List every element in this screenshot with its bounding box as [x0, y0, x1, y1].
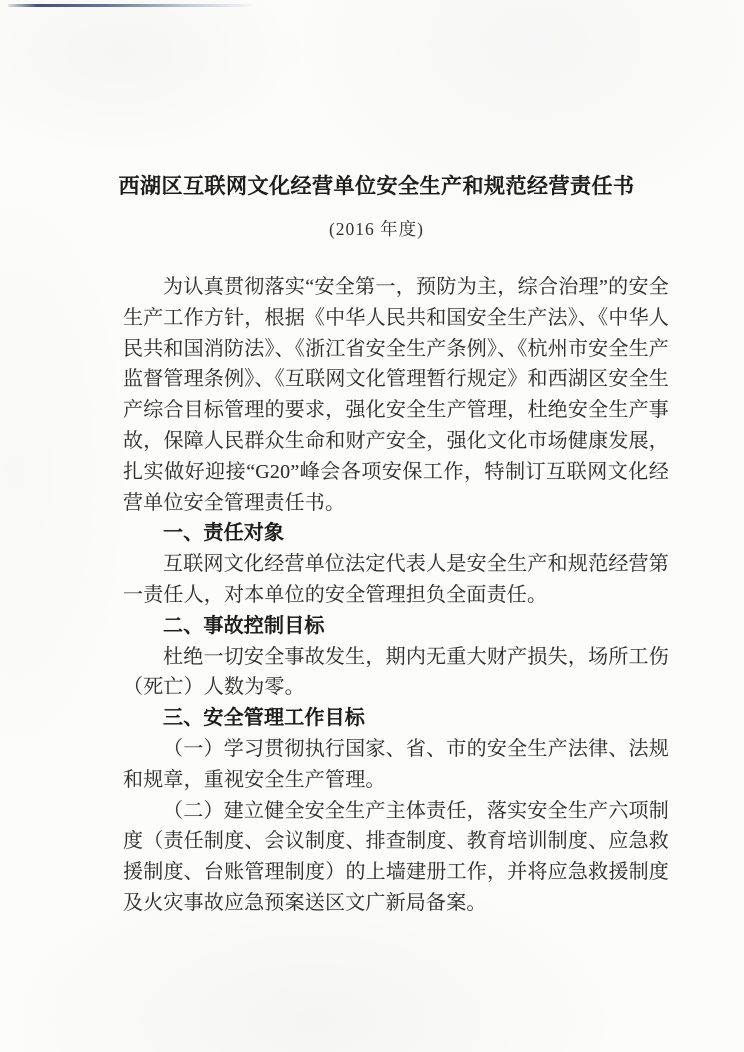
document-header: 西湖区互联网文化经营单位安全生产和规范经营责任书 (2016 年度) [0, 0, 744, 242]
section-1-paragraph: 互联网文化经营单位法定代表人是安全生产和规范经营第一责任人，对本单位的安全管理担… [123, 549, 669, 611]
section-3-item-2: （二）建立健全安全生产主体责任，落实安全生产六项制度（责任制度、会议制度、排查制… [123, 796, 669, 919]
section-1-heading: 一、责任对象 [123, 518, 669, 549]
document-date-line: (2016 年度) [9, 216, 744, 242]
document-title: 西湖区互联网文化经营单位安全生产和规范经营责任书 [9, 172, 744, 202]
scanned-document-page: 西湖区互联网文化经营单位安全生产和规范经营责任书 (2016 年度) 为认真贯彻… [0, 0, 744, 1052]
section-3-item-1: （一）学习贯彻执行国家、省、市的安全生产法律、法规和规章，重视安全生产管理。 [123, 734, 669, 796]
section-2-heading: 二、事故控制目标 [123, 611, 669, 642]
document-body: 为认真贯彻落实“安全第一，预防为主，综合治理”的安全生产工作方针，根据《中华人民… [123, 272, 669, 919]
section-2-paragraph: 杜绝一切安全事故发生，期内无重大财产损失，场所工伤（死亡）人数为零。 [123, 642, 669, 704]
section-3-heading: 三、安全管理工作目标 [123, 703, 669, 734]
intro-paragraph: 为认真贯彻落实“安全第一，预防为主，综合治理”的安全生产工作方针，根据《中华人民… [123, 272, 669, 518]
